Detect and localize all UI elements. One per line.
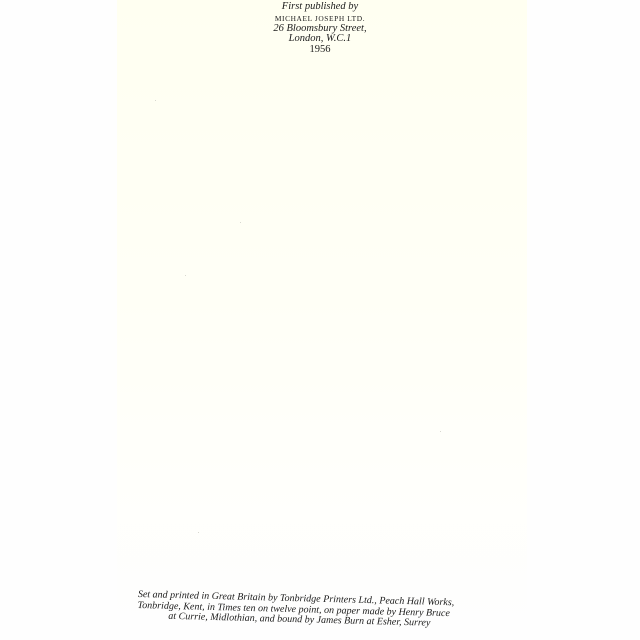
paper-speck (185, 275, 186, 276)
paper-speck (155, 100, 156, 101)
publication-imprint: First published by MICHAEL JOSEPH LTD. 2… (0, 2, 640, 55)
first-published-label: First published by (0, 2, 640, 13)
publication-year: 1956 (0, 45, 640, 56)
book-page (117, 0, 527, 640)
paper-speck (198, 532, 199, 533)
paper-speck (440, 431, 441, 432)
paper-speck (240, 222, 241, 223)
